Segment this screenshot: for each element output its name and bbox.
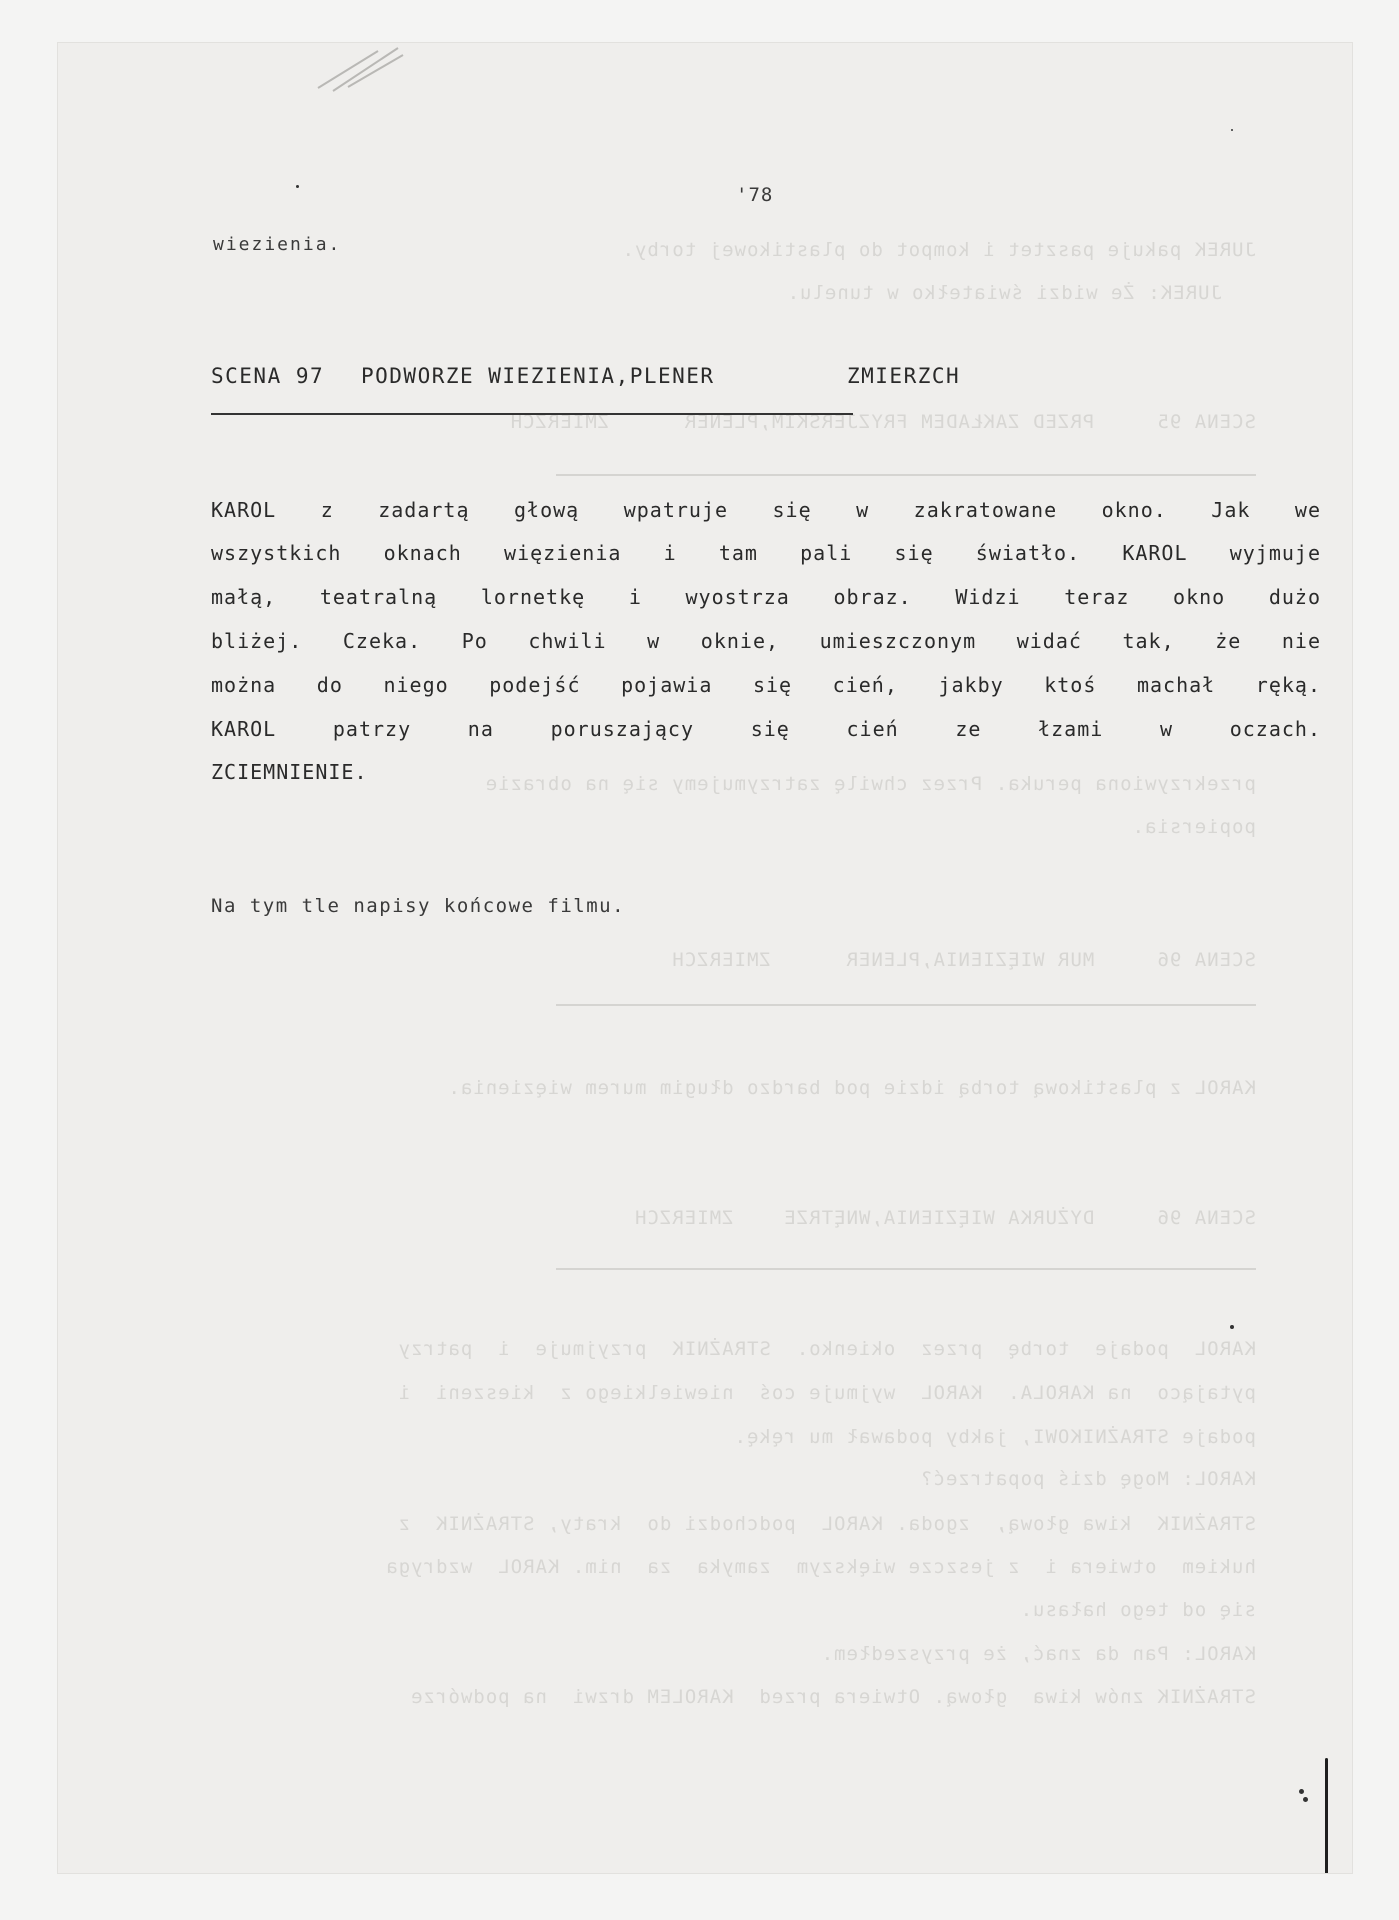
bleed-line: SCENA 96 DYŻURKA WIĘZIENIA,WNĘTRZE ZMIER… [634,1207,1256,1229]
document-page: JUREK pakuje pasztet i kompot do plastik… [58,43,1352,1873]
action-line: małą, teatralną lornetkę i wyostrza obra… [211,585,1321,609]
action-line: KAROL z zadartą głową wpatruje się w zak… [211,498,1321,522]
bleed-line: się od tego hałasu. [1020,1599,1256,1621]
bleed-line: SCENA 96 MUR WIĘZIENIA,PLENER ZMIERZCH [671,949,1256,971]
bleed-line: KAROL z plastikową torbą idzie pod bardz… [447,1077,1256,1099]
page-number: '78 [736,184,773,206]
action-line: wszystkich oknach więzienia i tam pali s… [211,541,1321,565]
bleed-rule [556,474,1256,476]
pencil-scribble-mark [308,43,418,93]
bleed-line: popiersia. [1132,816,1256,838]
bleed-line: STRAŻNIK kiwa głową, zgoda. KAROL podcho… [398,1513,1256,1535]
ink-speck [296,185,299,188]
scene-location: PODWORZE WIEZIENIA,PLENER [361,364,715,388]
bleed-line: pytająco na KAROLA. KAROL wyjmuje coś ni… [398,1382,1256,1404]
bleed-line: KAROL: Mogę dziś popatrzeć? [920,1468,1256,1490]
bleed-line: hukiem otwiera i z jeszcze większym zamy… [385,1556,1256,1578]
ink-speck [1230,1325,1234,1329]
action-line: ZCIEMNIENIE. [211,760,1321,784]
bleed-rule [556,1004,1256,1006]
action-line: bliżej. Czeka. Po chwili w oknie, umiesz… [211,629,1321,653]
margin-pen-mark [1325,1758,1328,1873]
ink-speck [1231,129,1233,131]
bleed-rule [556,1268,1256,1270]
ink-speck [1303,1797,1308,1802]
bleed-line: STRAŻNIK znów kiwa głową. Otwiera przed … [410,1686,1256,1708]
scene-heading-underline [211,413,853,415]
bleed-line: JUREK pakuje pasztet i kompot do plastik… [622,239,1256,261]
scene-heading: SCENA 97 PODWORZE WIEZIENIA,PLENER ZMIER… [211,364,1011,394]
bleed-line: podaje STRAŻNIKOWI, jakby podawał mu ręk… [734,1426,1256,1448]
action-line: można do niego podejść pojawia się cień,… [211,673,1321,697]
bleed-line: KAROL podaje torbę przez okienko. STRAŻN… [398,1338,1256,1360]
bleed-through-layer: JUREK pakuje pasztet i kompot do plastik… [58,43,1352,1873]
bleed-line: JUREK: Że widzi światełko w tunelu. [787,282,1222,304]
scene-time-of-day: ZMIERZCH [847,364,960,388]
continuation-word: wiezienia. [213,234,341,255]
closing-line: Na tym tle napisy końcowe filmu. [211,895,625,917]
scene-number: SCENA 97 [211,364,324,388]
ink-speck [1299,1789,1304,1794]
bleed-line: KAROL: Pan da znać, że przyszedłem. [821,1643,1256,1665]
action-line: KAROL patrzy na poruszający się cień ze … [211,717,1321,741]
